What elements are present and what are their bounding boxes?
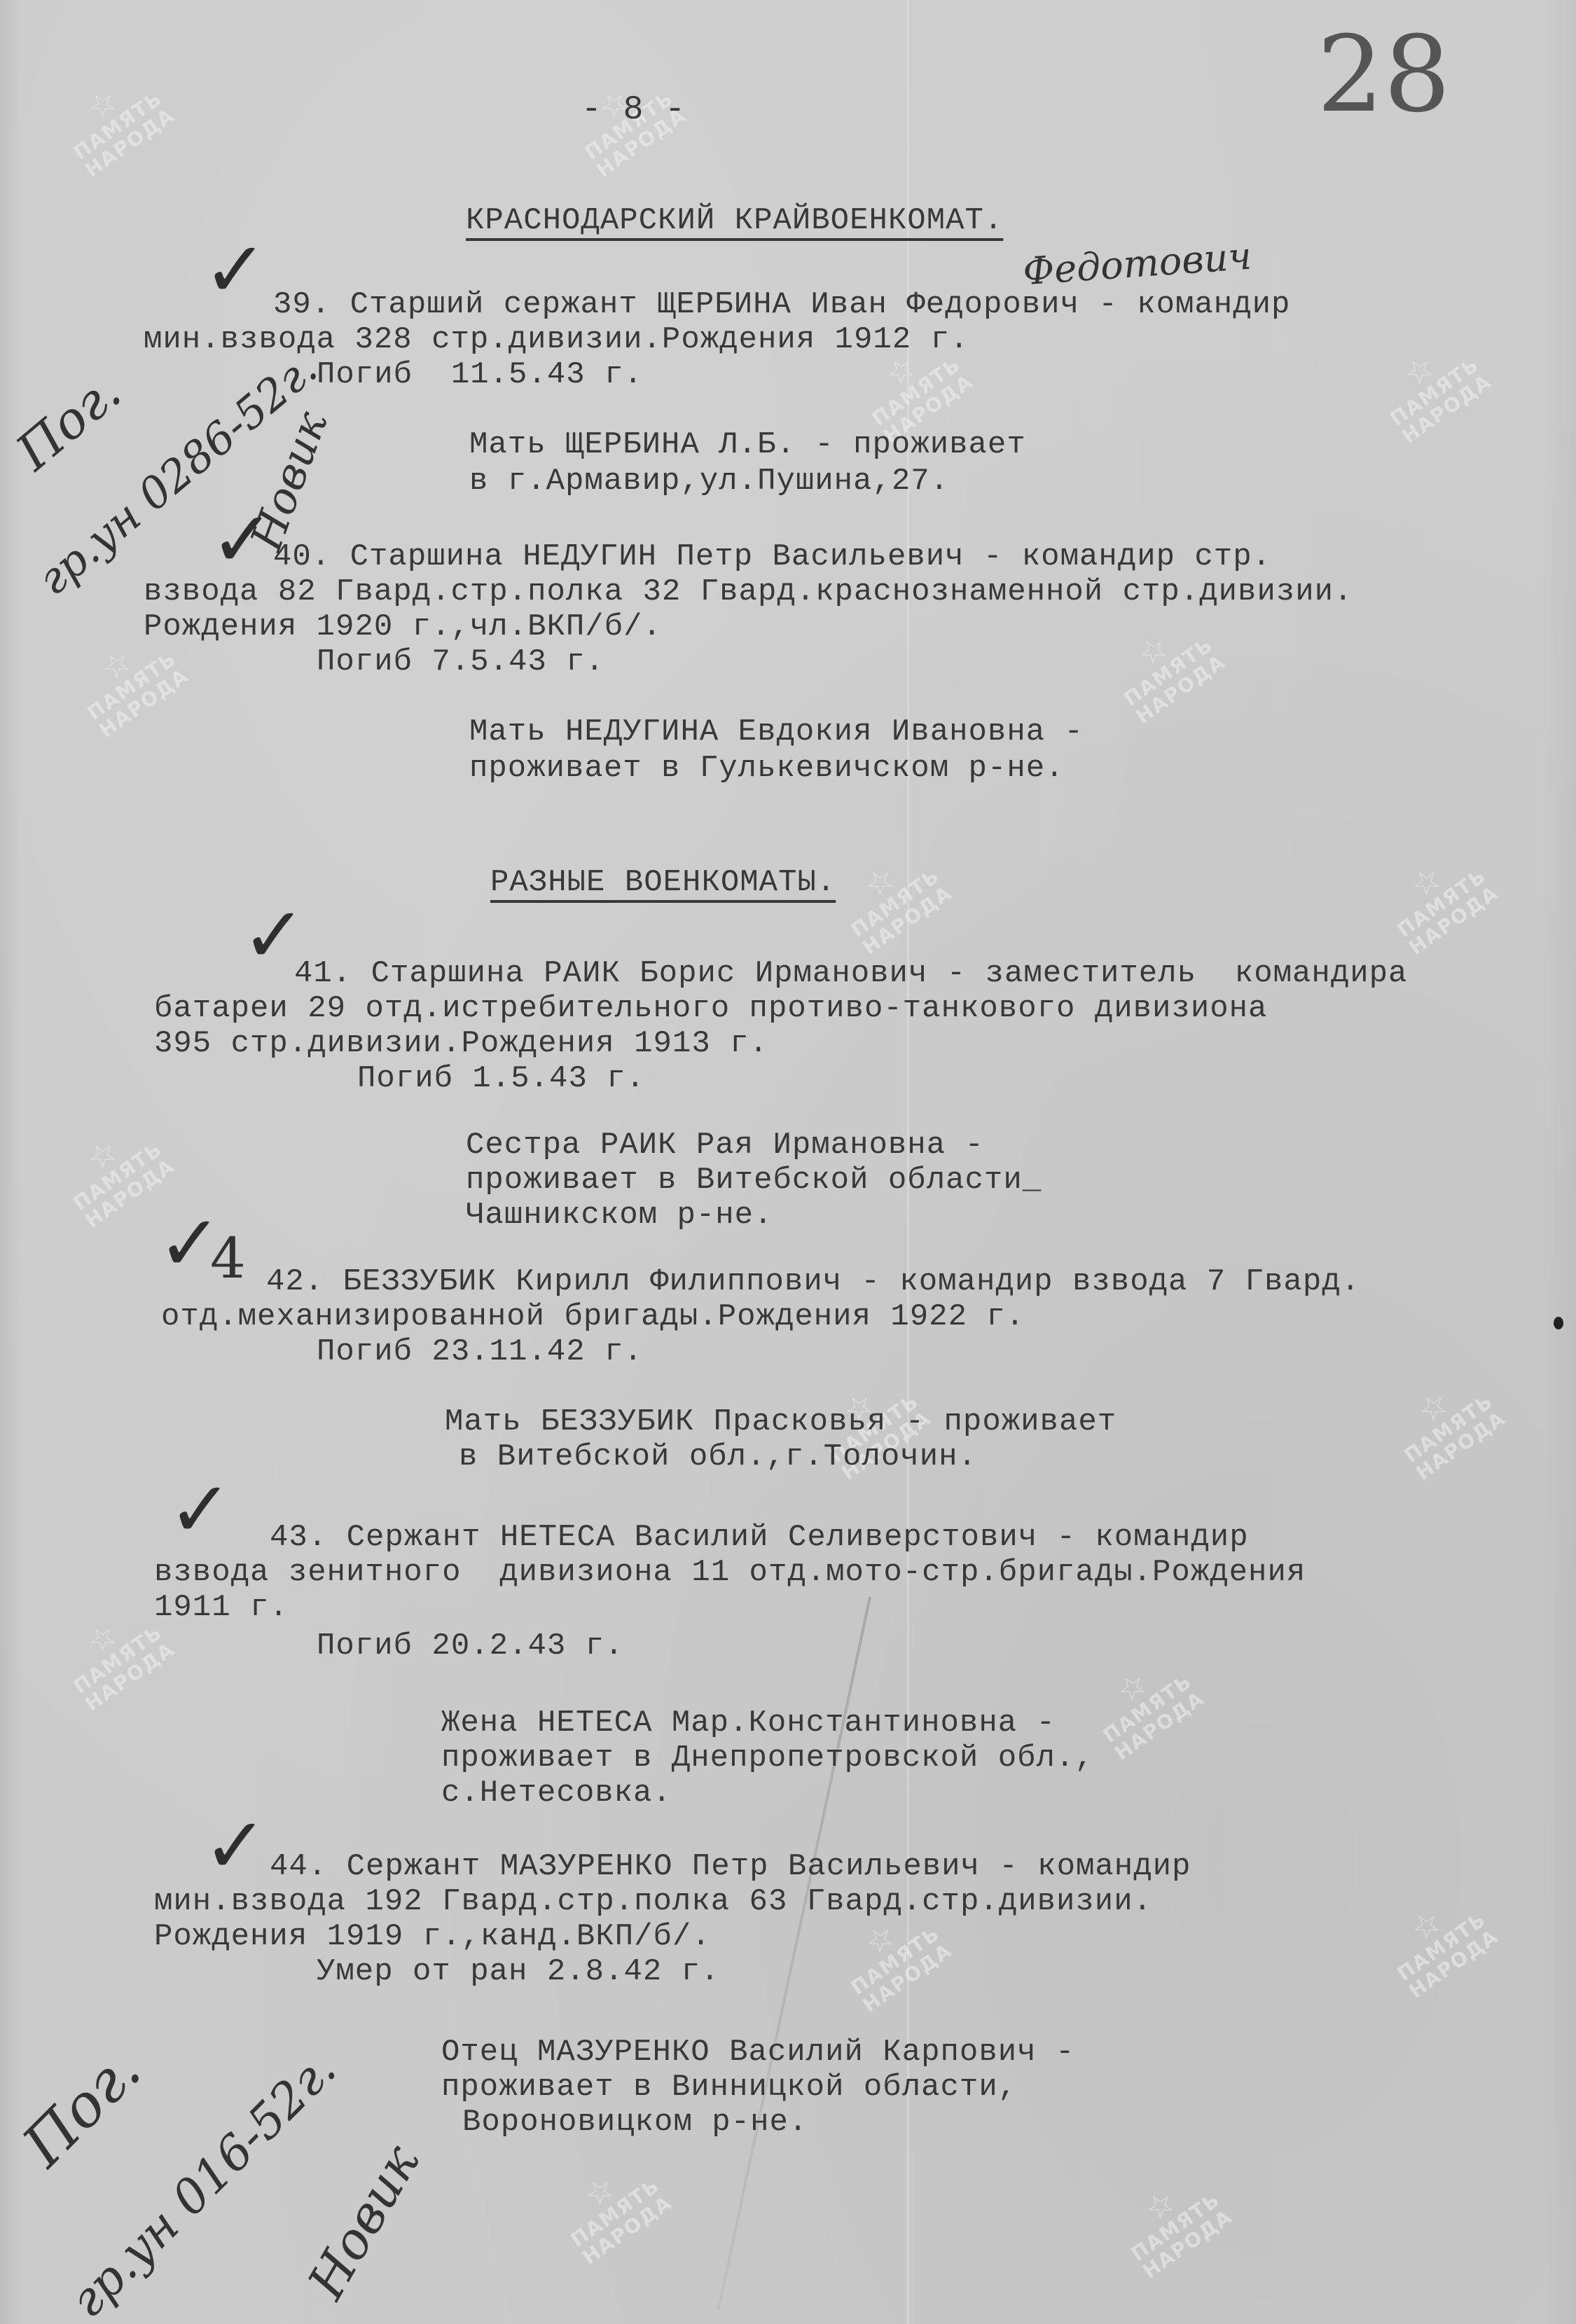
relative-line: Отец МАЗУРЕНКО Василий Карпович - bbox=[441, 2035, 1074, 2070]
entry-death-line: Погиб 7.5.43 г. bbox=[317, 644, 604, 679]
relative-line: проживает в Днепропетровской обл., bbox=[441, 1741, 1094, 1776]
watermark: ☆ ПАМЯТЬ НАРОДА bbox=[1109, 2162, 1236, 2283]
relative-line: в Витебской обл.,г.Толочин. bbox=[459, 1439, 977, 1474]
entry-death-line: Умер от ран 2.8.42 г. bbox=[317, 1954, 720, 1989]
entry-death-line: Погиб 20.2.43 г. bbox=[317, 1628, 623, 1664]
margin-note-signature: Новик bbox=[296, 2135, 430, 2309]
relative-line: Мать ЩЕРБИНА Л.Б. - проживает bbox=[469, 427, 1026, 462]
relative-line: проживает в Винницкой области, bbox=[441, 2070, 1017, 2105]
relative-line: Жена НЕТЕСА Мар.Константиновна - bbox=[441, 1706, 1056, 1741]
relative-line: проживает в Гулькевичском р-не. bbox=[469, 751, 1065, 786]
entry-line: взвода зенитного дивизиона 11 отд.мото-с… bbox=[154, 1555, 1306, 1590]
entry-death-line: Погиб 23.11.42 г. bbox=[317, 1334, 643, 1369]
entry-line: отд.механизированной бригады.Рождения 19… bbox=[161, 1299, 1025, 1334]
entry-line: 44. Сержант МАЗУРЕНКО Петр Васильевич - … bbox=[270, 1849, 1191, 1884]
section-heading: РАЗНЫЕ ВОЕНКОМАТЫ. bbox=[490, 865, 836, 900]
watermark: ☆ ПАМЯТЬ НАРОДА bbox=[829, 838, 956, 959]
entry-death-line: Погиб 11.5.43 г. bbox=[317, 357, 643, 392]
entry-line: взвода 82 Гвард.стр.полка 32 Гвард.красн… bbox=[144, 574, 1353, 609]
check-mark-icon: ✓ bbox=[168, 1471, 233, 1548]
relative-line: в г.Армавир,ул.Пушина,27. bbox=[469, 464, 949, 499]
watermark: ☆ ПАМЯТЬ НАРОДА bbox=[1081, 1644, 1208, 1764]
extra-mark: 4 bbox=[210, 1226, 246, 1291]
entry-line: 43. Сержант НЕТЕСА Василий Селиверстович… bbox=[270, 1520, 1249, 1555]
entry-death-line: Погиб 1.5.43 г. bbox=[357, 1061, 645, 1096]
check-mark-icon: ✓ bbox=[203, 1807, 268, 1884]
check-mark-icon: ✓ bbox=[210, 501, 275, 578]
relative-line: Мать БЕЗЗУБИК Прасковья - проживает bbox=[445, 1404, 1117, 1439]
entry-line: 41. Старшина РАИК Борис Ирманович - заме… bbox=[294, 956, 1407, 991]
page-number: - 8 - bbox=[581, 91, 686, 129]
watermark: ☆ ПАМЯТЬ НАРОДА bbox=[1102, 607, 1229, 728]
relative-line: Чашникском р-не. bbox=[466, 1198, 773, 1233]
entry-line: мин.взвода 192 Гвард.стр.полка 63 Гвард.… bbox=[154, 1884, 1152, 1919]
relative-line: Мать НЕДУГИНА Евдокия Ивановна - bbox=[469, 714, 1084, 749]
watermark: ☆ ПАМЯТЬ НАРОДА bbox=[1375, 838, 1502, 959]
relative-line: Вороновицком р-не. bbox=[462, 2105, 808, 2140]
margin-note-line: Пог. bbox=[10, 2035, 154, 2180]
watermark: ☆ ПАМЯТЬ НАРОДА bbox=[1375, 1882, 1502, 2003]
entry-line: Рождения 1919 г.,канд.ВКП/б/. bbox=[154, 1919, 711, 1954]
check-mark-icon: ✓ bbox=[203, 231, 268, 308]
relative-line: проживает в Витебской области_ bbox=[466, 1163, 1042, 1198]
handwritten-patronymic-correction: Федотович bbox=[1021, 234, 1253, 294]
entry-line: 40. Старшина НЕДУГИН Петр Васильевич - к… bbox=[273, 539, 1271, 574]
document-page: ☆ ПАМЯТЬ НАРОДА ☆ ПАМЯТЬ НАРОДА ☆ ПАМЯТЬ… bbox=[0, 0, 1576, 2324]
entry-line: мин.взвода 328 стр.дивизии.Рождения 1912… bbox=[144, 322, 969, 357]
ink-spot bbox=[1554, 1317, 1563, 1329]
relative-line: Сестра РАИК Рая Ирмановна - bbox=[466, 1128, 984, 1163]
entry-line: 42. БЕЗЗУБИК Кирилл Филиппович - команди… bbox=[266, 1264, 1360, 1299]
section-heading: КРАСНОДАРСКИЙ КРАЙВОЕНКОМАТ. bbox=[466, 203, 1003, 238]
entry-line: 39. Старший сержант ЩЕРБИНА Иван Федоров… bbox=[273, 287, 1290, 322]
relative-line: с.Нетесовка. bbox=[441, 1776, 672, 1811]
entry-line: батареи 29 отд.истребительного противо-т… bbox=[154, 991, 1267, 1026]
entry-line: 395 стр.дивизии.Рождения 1913 г. bbox=[154, 1026, 768, 1061]
archive-sheet-number: 28 bbox=[1317, 14, 1451, 136]
watermark: ☆ ПАМЯТЬ НАРОДА bbox=[1368, 327, 1495, 448]
entry-line: Рождения 1920 г.,чл.ВКП/б/. bbox=[144, 609, 662, 644]
entry-line: 1911 г. bbox=[154, 1590, 289, 1625]
watermark: ☆ ПАМЯТЬ НАРОДА bbox=[1382, 1364, 1509, 1484]
watermark: ☆ ПАМЯТЬ НАРОДА bbox=[548, 2148, 676, 2269]
watermark: ☆ ПАМЯТЬ НАРОДА bbox=[51, 61, 179, 181]
margin-note-line: Пог. bbox=[5, 362, 132, 482]
